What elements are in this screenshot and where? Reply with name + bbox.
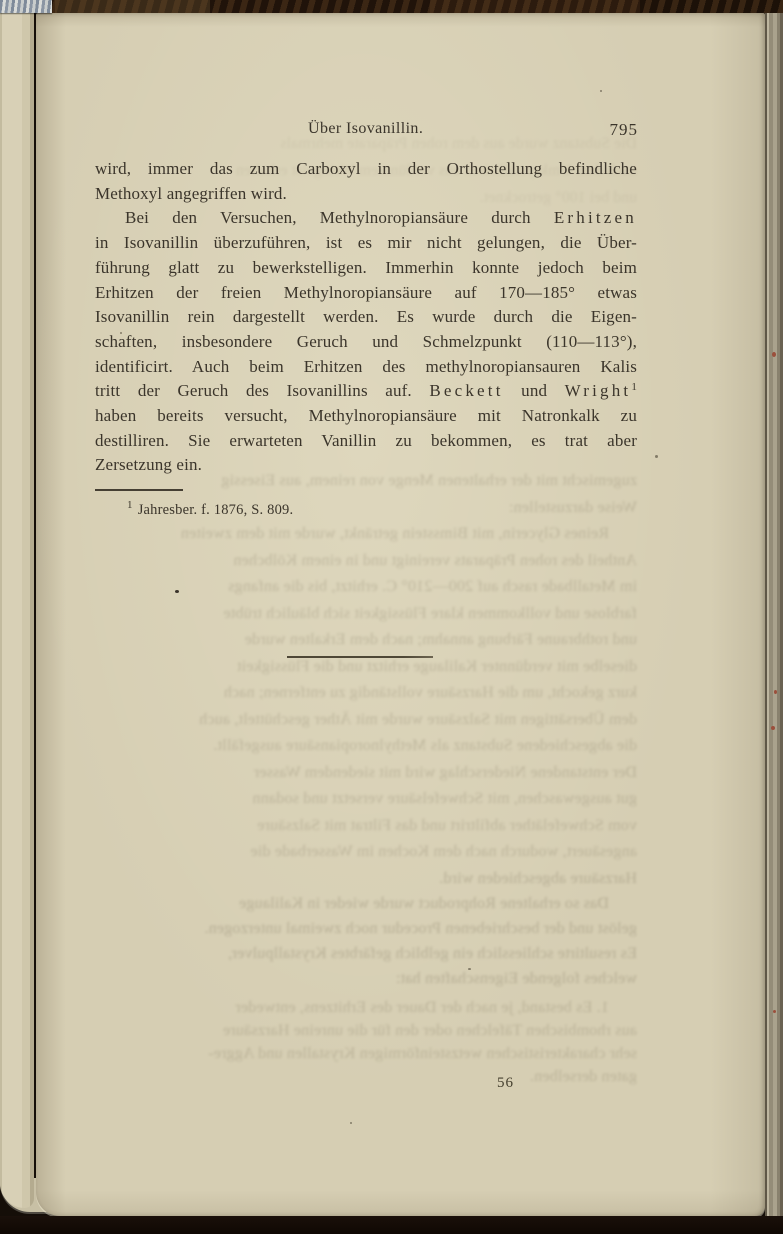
footnote-rule bbox=[95, 489, 183, 491]
book-scan: Die Substanz wurde aus dem rohen Präpara… bbox=[0, 0, 783, 1234]
edge-speck bbox=[772, 352, 776, 357]
paper-speck bbox=[175, 590, 179, 593]
edge-speck bbox=[771, 726, 775, 730]
body-line: Isovanillin rein dargestellt werden. Es … bbox=[95, 305, 637, 330]
body-line: in Isovanillin überzuführen, ist es mir … bbox=[95, 231, 637, 256]
sheet-signature-number: 56 bbox=[497, 1075, 514, 1092]
bleedthrough-text: zugemischt mit der erhaltenen Menge von … bbox=[95, 468, 637, 866]
bleedthrough-text: Harzsäure abgeschieden wird. Das so erha… bbox=[95, 866, 637, 991]
book-page: Die Substanz wurde aus dem rohen Präpara… bbox=[36, 13, 765, 1216]
footnote: 1Jahresber. f. 1876, S. 809. bbox=[95, 502, 637, 519]
body-line: Erhitzen der freien Methylnoropiansäure … bbox=[95, 281, 637, 306]
left-page-edge bbox=[0, 12, 34, 1208]
headband bbox=[0, 0, 52, 13]
footnote-text: Jahresber. f. 1876, S. 809. bbox=[138, 502, 294, 518]
page-number: 795 bbox=[610, 120, 639, 140]
body-line: haben bereits versucht, Methylnoropiansä… bbox=[95, 404, 637, 429]
footnote-reference: 1 bbox=[631, 381, 637, 393]
section-divider-rule bbox=[287, 656, 433, 658]
body-text: wird, immer das zum Carboxyl in der Orth… bbox=[95, 157, 637, 478]
body-line: schaften, insbesondere Geruch und Schmel… bbox=[95, 330, 637, 355]
footnote-marker: 1 bbox=[127, 499, 133, 511]
body-line: destilliren. Sie erwarteten Vanillin zu … bbox=[95, 429, 637, 454]
body-line: führung glatt zu bewerkstelligen. Immerh… bbox=[95, 256, 637, 281]
paper-speck bbox=[120, 332, 122, 334]
top-binding bbox=[0, 0, 783, 13]
paper-speck bbox=[655, 455, 658, 458]
body-line: Methoxyl angegriffen wird. bbox=[95, 182, 637, 207]
right-page-edges bbox=[765, 12, 783, 1216]
paper-speck bbox=[350, 1122, 352, 1124]
body-line: identificirt. Auch beim Erhitzen des met… bbox=[95, 355, 637, 380]
body-line: Zersetzung ein. bbox=[95, 453, 637, 478]
edge-speck bbox=[774, 690, 777, 694]
bottom-binding bbox=[0, 1216, 783, 1234]
paper-speck bbox=[600, 90, 602, 92]
body-line: wird, immer das zum Carboxyl in der Orth… bbox=[95, 157, 637, 182]
bleedthrough-text: 1. Es bestand, je nach der Dauer des Erh… bbox=[95, 996, 637, 1088]
body-line: Bei den Versuchen, Methylnoropiansäure d… bbox=[95, 206, 637, 231]
edge-speck bbox=[773, 1010, 776, 1013]
running-head-title: Über Isovanillin. bbox=[308, 120, 423, 138]
running-head: Über Isovanillin. 795 bbox=[36, 120, 765, 144]
paper-speck bbox=[468, 968, 471, 970]
body-line: tritt der Geruch des Isovanillins auf. B… bbox=[95, 379, 637, 404]
